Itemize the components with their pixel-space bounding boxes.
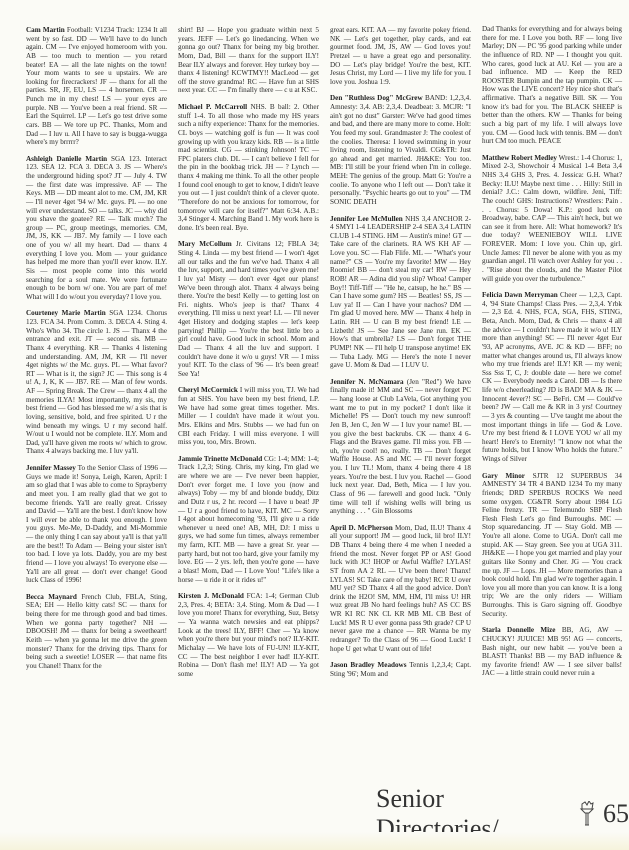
senior-name: Starla Donnelle Mize [482, 626, 555, 634]
yearbook-page: Cam Martin Football: V1234 Track: 1234 I… [0, 0, 629, 850]
senior-entry-text: NHS. B ball: 2. Other stuff 1-4. To all … [178, 103, 319, 232]
senior-entry-text: To the Senior Class of 1996 — Guys we ma… [26, 464, 167, 584]
senior-entry-text: Mom, Dad, ILU! Thanx 4 all your support!… [330, 524, 471, 653]
senior-entry: Den "Ruthless Dog" McGrew BAND: 1,2,3,4.… [330, 94, 471, 206]
senior-entry: Michael P. McCarroll NHS. B ball: 2. Oth… [178, 103, 319, 232]
senior-name: Matthew Robert Medley [482, 154, 557, 162]
senior-name: April D. McPherson [330, 524, 393, 532]
senior-name: Courteney Marie Martin [26, 309, 106, 317]
senior-entry-text: (Jen "Red") We have finally made it! MM … [330, 378, 471, 515]
directory-column-3: great ears. KIT. AA — my favorite pokey … [330, 26, 471, 686]
torch-icon [579, 801, 595, 827]
page-footer: Senior Directories/ 65 [376, 796, 629, 832]
senior-entry: Felicia Dawn Merryman Cheer — 1,2,3, Cap… [482, 291, 622, 464]
senior-entry-text: French Club, FBLA, Sting, SEA; EH — Hell… [26, 593, 167, 670]
senior-name: Jennifer Massey [26, 464, 76, 472]
continued-entry-text: great ears. KIT. AA — my favorite pokey … [330, 26, 471, 86]
senior-entry: Jammie Trinette McDonald CG: 1-4; MM: 1-… [178, 455, 319, 584]
senior-entry: Courteney Marie Martin SGA 1234. Chorus … [26, 309, 167, 456]
senior-entry: Jennifer N. McNamara (Jen "Red") We have… [330, 378, 471, 516]
senior-name: Cam Martin [26, 26, 65, 34]
senior-entry: Cam Martin Football: V1234 Track: 1234 I… [26, 26, 167, 147]
senior-name: Cheryl McCormick [178, 386, 238, 394]
continued-entry-text: Dad Thanks for everything and for always… [482, 25, 622, 146]
senior-name: Jennifer N. McNamara [330, 378, 404, 386]
senior-entry: Jennifer Lee McMullen NHS 3,4 ANCHOR 2-4… [330, 215, 471, 370]
senior-name: Jennifer Lee McMullen [330, 215, 403, 223]
page-bottom-edge [0, 832, 629, 850]
senior-entry-text: Cheer — 1,2,3, Capt. 4, '94 State Champs… [482, 291, 622, 463]
senior-name: Den "Ruthless Dog" McGrew [330, 94, 423, 102]
directory-column-4: Dad Thanks for everything and for always… [482, 25, 622, 686]
senior-entry: Starla Donnelle Mize BB, AG, AW — CHUCKY… [482, 626, 622, 678]
senior-entry: Gary Minor SJTR 12 SUPERBUS 34 AMNESTY 3… [482, 472, 622, 619]
senior-entry-text: Jr. Civitans 12; FBLA 34; Sting 4. Linda… [178, 240, 319, 377]
senior-entry-text: SGA 1234. Chorus 123. FCA 34. Prom Comm.… [26, 309, 167, 455]
directory-column-2: shirt! BJ — Hope you graduate within nex… [178, 26, 319, 686]
senior-entry: Jason Bradley Meadows Tennis 1,2,3,4; Ca… [330, 661, 471, 678]
senior-entry: Becca Maynard French Club, FBLA, Sting, … [26, 593, 167, 671]
senior-name: Jason Bradley Meadows [330, 661, 407, 669]
senior-entry: Cheryl McCormick I will miss you, TJ. We… [178, 386, 319, 446]
senior-entry: Ashleigh Danielle Martin SGA 123. Intera… [26, 155, 167, 302]
senior-name: Michael P. McCarroll [178, 103, 247, 111]
senior-entry: Kirsten J. McDonald FCA: 1-4; German Clu… [178, 592, 319, 678]
senior-entry: Jennifer Massey To the Senior Class of 1… [26, 464, 167, 585]
senior-entry-text: Football: V1234 Track: 1234 It all went … [26, 26, 167, 146]
senior-name: Jammie Trinette McDonald [178, 455, 262, 463]
senior-entry-text: SGA 123. Interact 123. SEA 12. FCA 3. DE… [26, 155, 167, 301]
senior-entry-text: BAND: 1,2,3,4. Amnesty: 3,4. AB: 2,3,4. … [330, 94, 471, 206]
senior-name: Gary Minor [482, 472, 525, 480]
continued-entry-text: shirt! BJ — Hope you graduate within nex… [178, 26, 319, 95]
senior-name: Felicia Dawn Merryman [482, 291, 558, 299]
senior-entry-text: BB, AG, AW — CHUCKY! JUUICE! MB 95! AG —… [482, 626, 622, 677]
senior-entry-text: CG: 1-4; MM: 1-4; Track 1,2,3; Sting. Ch… [178, 455, 319, 584]
senior-entry-text: Wrest.: 1-4 Chorus: 1, Mixed 2-3, Showch… [482, 154, 622, 283]
senior-entry: Matthew Robert Medley Wrest.: 1-4 Chorus… [482, 154, 622, 283]
page-number: 65 [603, 799, 629, 829]
senior-name: Kirsten J. McDonald [178, 592, 244, 600]
senior-name: Mary McCollum [178, 240, 232, 248]
senior-entry-text: I will miss you, TJ. We had fun at SHS. … [178, 386, 319, 446]
directory-column-1: Cam Martin Football: V1234 Track: 1234 I… [26, 26, 167, 678]
senior-name: Ashleigh Danielle Martin [26, 155, 107, 163]
senior-entry-text: NHS 3,4 ANCHOR 2-4 SMYI 1-4 LEADERSHIP 2… [330, 215, 471, 370]
senior-entry: April D. McPherson Mom, Dad, ILU! Thanx … [330, 524, 471, 653]
senior-entry-text: SJTR 12 SUPERBUS 34 AMNESTY 34 TR 4 BAND… [482, 472, 622, 618]
senior-entry-text: FCA: 1-4; German Club 2,3, Pres. 4; BETA… [178, 592, 319, 678]
senior-entry: Mary McCollum Jr. Civitans 12; FBLA 34; … [178, 240, 319, 378]
senior-name: Becca Maynard [26, 593, 77, 601]
